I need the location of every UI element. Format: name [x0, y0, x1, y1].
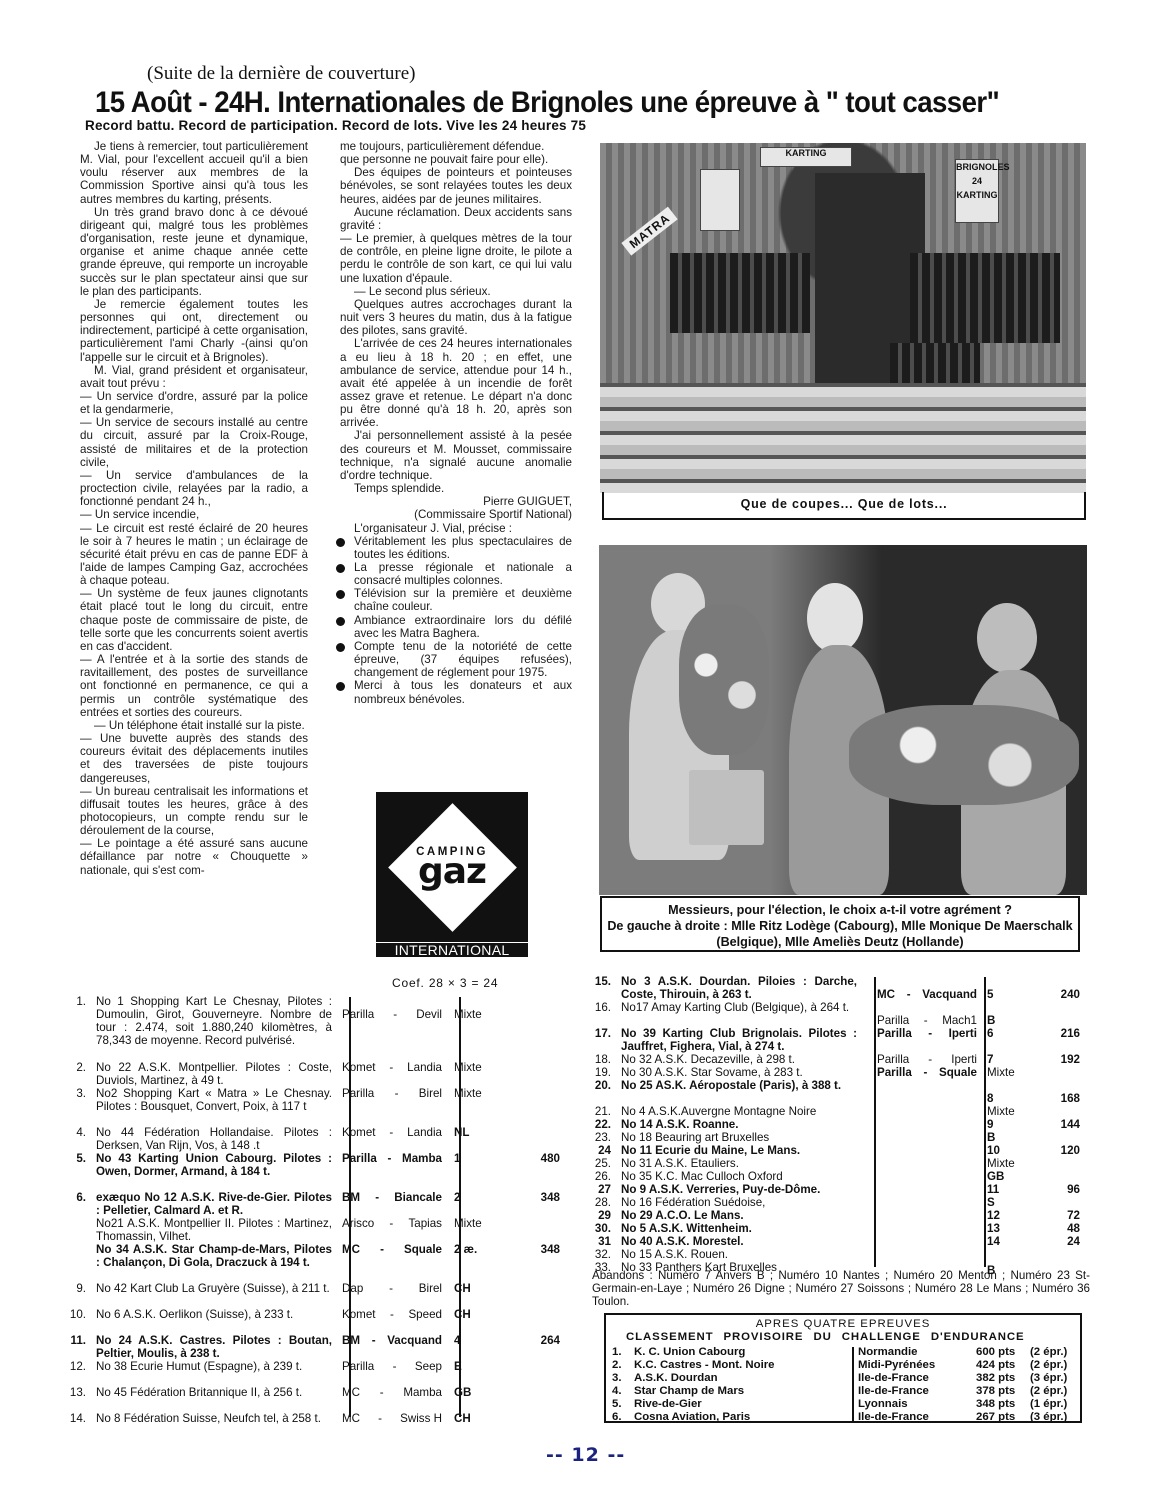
paragraph: Quelques autres accrochages durant la nu…	[340, 298, 572, 337]
rank: 14.	[60, 1412, 86, 1425]
make: Parilla-Seep	[342, 1360, 442, 1373]
rank: 18.	[585, 1053, 611, 1066]
dash: -	[924, 1014, 928, 1027]
paragraph: Je tiens à remercier, tout particulièrem…	[80, 140, 308, 206]
team-description: No 16 Fédération Suédoise,	[621, 1196, 857, 1209]
events: (2 épr.)	[1030, 1385, 1067, 1398]
rank: 9.	[60, 1282, 86, 1295]
category: CH	[454, 1412, 504, 1425]
rank: 20.	[585, 1079, 611, 1092]
team-description: No 32 A.S.K. Decazeville, à 298 t.	[621, 1053, 857, 1066]
dash: -	[389, 1126, 393, 1139]
make: Dap-Birel	[342, 1282, 442, 1295]
club: Rive-de-Gier	[634, 1398, 702, 1411]
abandons-note: Abandons : Numéro 7 Anvers B ; Numéro 10…	[592, 1269, 1090, 1308]
category: GB	[987, 1170, 1037, 1183]
category: 4	[454, 1334, 504, 1347]
make: Parilla-Mach1	[877, 1014, 977, 1027]
dash: -	[928, 1053, 932, 1066]
rank: 22.	[585, 1118, 611, 1131]
election-photo	[599, 545, 1087, 895]
paragraph: Des équipes de pointeurs et pointeuses b…	[340, 166, 572, 205]
paragraph: — A l'entrée et à la sortie des stands d…	[80, 653, 308, 719]
chassis: Komet	[342, 1308, 376, 1321]
category: Mixte	[454, 1008, 504, 1021]
team-description: No 45 Fédération Britannique II, à 256 t…	[96, 1386, 332, 1399]
paragraph: — Un service incendie,	[80, 508, 308, 521]
paragraph: J'ai personnellement assisté à la pesée …	[340, 429, 572, 482]
category: S	[987, 1196, 1037, 1209]
rank: 31	[585, 1235, 611, 1248]
events: (3 épr.)	[1030, 1372, 1067, 1385]
points: 168	[1040, 1092, 1080, 1105]
points: 480	[520, 1152, 560, 1165]
chassis: MC	[342, 1386, 360, 1399]
rank: 6.	[60, 1191, 86, 1204]
column-divider	[459, 997, 461, 1417]
dash: -	[393, 1360, 397, 1373]
category: Mixte	[987, 1157, 1037, 1170]
logo-gaz-text: gaz	[400, 854, 504, 890]
chassis: Parilla	[342, 1152, 377, 1165]
logo-square: CAMPING gaz	[376, 792, 528, 942]
make: Parilla-Squale	[877, 1066, 977, 1079]
rank: 15.	[585, 975, 611, 988]
engine: Birel	[419, 1087, 442, 1100]
paragraph: Un très grand bravo donc à ce dévoué dir…	[80, 206, 308, 298]
team-description: No 3 A.S.K. Dourdan. Piloies : Darche, C…	[621, 975, 857, 1001]
category: 2 æ.	[454, 1243, 504, 1256]
karting-poster: KARTING	[760, 147, 852, 167]
category: Mixte	[454, 1061, 504, 1074]
engine: Landia	[407, 1061, 442, 1074]
category: B	[987, 1131, 1037, 1144]
rank: 24	[585, 1144, 611, 1157]
rank: 26.	[585, 1170, 611, 1183]
dash: -	[380, 1386, 384, 1399]
bouquet	[679, 605, 769, 755]
challenge-standings-box: APRES QUATRE EPREUVES CLASSEMENT PROVISO…	[604, 1313, 1082, 1423]
make: Parilla-Mamba	[342, 1152, 442, 1165]
dash: -	[389, 1061, 393, 1074]
team-description: No 22 A.S.K. Montpellier. Pilotes : Cost…	[96, 1061, 332, 1087]
team-description: exæquo No 12 A.S.K. Rive-de-Gier. Pilote…	[96, 1191, 332, 1217]
team-description: No 40 A.S.K. Morestel.	[621, 1235, 857, 1248]
subheadline: Record battu. Record de participation. R…	[85, 118, 586, 133]
engine: Swiss H	[400, 1412, 442, 1425]
category: Mixte	[987, 1066, 1037, 1079]
points: 24	[1040, 1235, 1080, 1248]
dash: -	[378, 1412, 382, 1425]
dash: -	[389, 1282, 393, 1295]
points: 267 pts	[976, 1411, 1015, 1424]
signature: Pierre GUIGUET,	[340, 495, 572, 508]
category: 13	[987, 1222, 1037, 1235]
column-divider	[874, 977, 876, 1267]
team-description: No 31 A.S.K. Etauliers.	[621, 1157, 857, 1170]
rank: 3.	[60, 1087, 86, 1100]
chassis: MC	[877, 988, 895, 1001]
trophy-cups-left	[670, 253, 810, 333]
brignoles-poster: BRIGNOLES 24 KARTING	[955, 159, 999, 223]
dash: -	[372, 1334, 376, 1347]
team-description: No 1 Shopping Kart Le Chesnay, Pilotes :…	[96, 995, 332, 1047]
paragraph: Je remercie également toutes les personn…	[80, 298, 308, 364]
make: Parilla-Iperti	[877, 1027, 977, 1040]
category: Mixte	[987, 1105, 1037, 1118]
dash: -	[389, 1217, 393, 1230]
points: 48	[1040, 1222, 1080, 1235]
region: Lyonnais	[858, 1398, 908, 1411]
signature-title: (Commissaire Sportif National)	[340, 508, 572, 521]
rank: 10.	[60, 1308, 86, 1321]
rank: 27	[585, 1183, 611, 1196]
chassis: MC	[342, 1412, 360, 1425]
paragraph: — Un système de feux jaunes clignotants …	[80, 587, 308, 653]
rank: 12.	[60, 1360, 86, 1373]
points: 264	[520, 1334, 560, 1347]
make: Parilla-Iperti	[877, 1053, 977, 1066]
category: 1	[454, 1152, 504, 1165]
team-description: No 18 Beauring art Bruxelles	[621, 1131, 857, 1144]
paragraph: M. Vial, grand président et organisateur…	[80, 364, 308, 390]
prize-boxes	[600, 383, 1086, 493]
paragraph: L'arrivée de ces 24 heures international…	[340, 337, 572, 429]
challenge-title: APRES QUATRE EPREUVES	[606, 1318, 1080, 1331]
paragraph: que personne ne pouvait faire pour elle)…	[340, 153, 572, 166]
paragraph: — Un service d'ambulances de la proctect…	[80, 469, 308, 508]
points: 348	[520, 1243, 560, 1256]
make: MC-Squale	[342, 1243, 442, 1256]
category: 8	[987, 1092, 1037, 1105]
team-description: No 15 A.S.K. Rouen.	[621, 1248, 857, 1261]
rank: 23.	[585, 1131, 611, 1144]
make: Komet-Landia	[342, 1126, 442, 1139]
team-description: No 43 Karting Union Cabourg. Pilotes : O…	[96, 1152, 332, 1178]
engine: Mamba	[403, 1386, 442, 1399]
category: 14	[987, 1235, 1037, 1248]
team-description: No 35 K.C. Mac Culloch Oxford	[621, 1170, 857, 1183]
article-column-2: me toujours, particulièrement défendue. …	[340, 140, 572, 706]
team-description: No 11 Ecurie du Maine, Le Mans.	[621, 1144, 857, 1157]
team-description: No 4 A.S.K.Auvergne Montagne Noire	[621, 1105, 857, 1118]
points: 424 pts	[976, 1359, 1015, 1372]
team-description: No 24 A.S.K. Castres. Pilotes : Boutan, …	[96, 1334, 332, 1360]
team-description: No 42 Kart Club La Gruyère (Suisse), à 2…	[96, 1282, 332, 1295]
make: MC-Mamba	[342, 1386, 442, 1399]
chassis: MC	[342, 1243, 360, 1256]
team-description: No 6 A.S.K. Oerlikon (Suisse), à 233 t.	[96, 1308, 332, 1321]
team-description: No17 Amay Karting Club (Belgique), à 264…	[621, 1001, 857, 1014]
column-divider	[984, 977, 986, 1267]
chassis: Parilla	[342, 1360, 374, 1373]
rank: 1.	[60, 995, 86, 1008]
events: (2 épr.)	[1030, 1359, 1067, 1372]
chassis: Dap	[342, 1282, 363, 1295]
bullet-item: Télévision sur la première et deuxième c…	[340, 587, 572, 613]
chassis: Komet	[342, 1061, 376, 1074]
category: 7	[987, 1053, 1037, 1066]
dash: -	[395, 1087, 399, 1100]
results-table-left: 1. No 1 Shopping Kart Le Chesnay, Pilote…	[60, 995, 580, 1415]
team-description: No 9 A.S.K. Verreries, Puy-de-Dôme.	[621, 1183, 857, 1196]
paragraph: — Une buvette auprès des stands des cour…	[80, 732, 308, 785]
points: 96	[1040, 1183, 1080, 1196]
team-description: No 34 A.S.K. Star Champ-de-Mars, Pilotes…	[96, 1243, 332, 1269]
region: Normandie	[858, 1346, 918, 1359]
paragraph: Aucune réclamation. Deux accidents sans …	[340, 206, 572, 232]
engine: Mach1	[942, 1014, 977, 1027]
dash: -	[923, 1066, 927, 1079]
category: GB	[454, 1386, 504, 1399]
chassis: Arisco	[342, 1217, 374, 1230]
engine: Squale	[404, 1243, 442, 1256]
paragraph: — Le second plus sérieux.	[340, 285, 572, 298]
make: BM-Vacquand	[342, 1334, 442, 1347]
engine: Vacquand	[922, 988, 977, 1001]
make: Komet-Landia	[342, 1061, 442, 1074]
engine: Iperti	[949, 1027, 977, 1040]
category: Mixte	[454, 1217, 504, 1230]
rank: 4.	[60, 1126, 86, 1139]
paragraph: — Le premier, à quelques mètres de la to…	[340, 232, 572, 285]
matra-banner: MATRA	[621, 206, 678, 255]
dash: -	[390, 1308, 394, 1321]
rank: 3.	[612, 1372, 622, 1385]
points: 144	[1040, 1118, 1080, 1131]
points: 600 pts	[976, 1346, 1015, 1359]
make: MC-Vacquand	[877, 988, 977, 1001]
rank: 25.	[585, 1157, 611, 1170]
points: 240	[1040, 988, 1080, 1001]
event-poster	[700, 169, 740, 231]
paragraph: — Un service d'ordre, assuré par la poli…	[80, 390, 308, 416]
engine: Biancale	[394, 1191, 442, 1204]
club: A.S.K. Dourdan	[634, 1372, 718, 1385]
paragraph: — Un téléphone était installé sur la pis…	[80, 719, 308, 732]
results-table-right: 15. No 3 A.S.K. Dourdan. Piloies : Darch…	[585, 975, 1095, 1275]
team-description: No 8 Fédération Suisse, Neufch tel, à 25…	[96, 1412, 332, 1425]
club: K.C. Castres - Mont. Noire	[634, 1359, 775, 1372]
bullet-item: Véritablement les plus spectaculaires de…	[340, 535, 572, 561]
logo-international-text: INTERNATIONAL	[376, 943, 528, 957]
category: 6	[987, 1027, 1037, 1040]
column-divider	[349, 997, 351, 1417]
category: 5	[987, 988, 1037, 1001]
club: Star Champ de Mars	[634, 1385, 744, 1398]
article-column-1: Je tiens à remercier, tout particulièrem…	[80, 140, 308, 877]
team-description: No21 A.S.K. Montpellier II. Pilotes : Ma…	[96, 1217, 332, 1243]
paragraph: me toujours, particulièrement défendue.	[340, 140, 572, 153]
engine: Landia	[407, 1126, 442, 1139]
points: 348 pts	[976, 1398, 1015, 1411]
column-divider	[852, 1347, 854, 1421]
category: CH	[454, 1282, 504, 1295]
team-description: No 30 A.S.K. Star Sovame, à 283 t.	[621, 1066, 857, 1079]
challenge-subtitle: CLASSEMENT PROVISOIRE DU CHALLENGE D'END…	[626, 1331, 1024, 1344]
chassis: Parilla	[877, 1066, 912, 1079]
category: 11	[987, 1183, 1037, 1196]
continuation-note: (Suite de la dernière de couverture)	[147, 63, 416, 85]
rank: 16.	[585, 1001, 611, 1014]
chassis: BM	[342, 1191, 360, 1204]
coefficient-note: Coef. 28 × 3 = 24	[392, 976, 498, 990]
chassis: Komet	[342, 1126, 376, 1139]
engine: Mamba	[402, 1152, 442, 1165]
engine: Seep	[415, 1360, 442, 1373]
dash: -	[393, 1008, 397, 1021]
points: 72	[1040, 1209, 1080, 1222]
category: 12	[987, 1209, 1037, 1222]
engine: Squale	[939, 1066, 977, 1079]
person-head	[807, 583, 863, 653]
rank: 13.	[60, 1386, 86, 1399]
headline: 15 Août - 24H. Internationales de Brigno…	[95, 86, 999, 120]
camping-gaz-ad: CAMPING gaz INTERNATIONAL	[376, 792, 528, 956]
rank: 32.	[585, 1248, 611, 1261]
bullet-item: Compte tenu de la notoriété de cette épr…	[340, 640, 572, 679]
page-number: -- 12 --	[546, 1444, 625, 1466]
trophies-photo: KARTING BRIGNOLES 24 KARTING MATRA	[600, 143, 1086, 493]
region: Ile-de-France	[858, 1411, 929, 1424]
events: (2 épr.)	[1030, 1346, 1067, 1359]
chassis: Parilla	[877, 1014, 909, 1027]
paragraph: — Le circuit est resté éclairé de 20 heu…	[80, 522, 308, 588]
chassis: Parilla	[342, 1087, 374, 1100]
trophy-cups-right	[910, 253, 1060, 343]
rank: 29	[585, 1209, 611, 1222]
chassis: Parilla	[342, 1008, 374, 1021]
points: 348	[520, 1191, 560, 1204]
engine: Devil	[416, 1008, 442, 1021]
make: MC-Swiss H	[342, 1412, 442, 1425]
rank: 11.	[60, 1334, 86, 1347]
paragraph: — Un service de secours installé au cent…	[80, 416, 308, 469]
dash: -	[380, 1243, 384, 1256]
dash: -	[375, 1191, 379, 1204]
points: 192	[1040, 1053, 1080, 1066]
category: NL	[454, 1126, 504, 1139]
team-description: No 14 A.S.K. Roanne.	[621, 1118, 857, 1131]
paragraph: — Un bureau centralisait les information…	[80, 785, 308, 838]
events: (3 épr.)	[1030, 1411, 1067, 1424]
points: 382 pts	[976, 1372, 1015, 1385]
bullet-item: Merci à tous les donateurs et aux nombre…	[340, 679, 572, 705]
team-description: No 39 Karting Club Brignolais. Pilotes :…	[621, 1027, 857, 1053]
bouquet	[849, 705, 1079, 805]
bullet-item: Ambiance extraordinaire lors du défilé a…	[340, 614, 572, 640]
make: Komet-Speed	[342, 1308, 442, 1321]
dash: -	[387, 1152, 391, 1165]
bullet-item: La presse régionale et nationale a consa…	[340, 561, 572, 587]
rank: 2.	[612, 1359, 622, 1372]
club: K. C. Union Cabourg	[634, 1346, 745, 1359]
person-head	[977, 603, 1037, 673]
points: 120	[1040, 1144, 1080, 1157]
chassis: BM	[342, 1334, 360, 1347]
team-description: No 38 Ecurie Humut (Espagne), à 239 t.	[96, 1360, 332, 1373]
team-description: No 25 AS.K. Aéropostale (Paris), à 388 t…	[621, 1079, 857, 1092]
rank: 5.	[60, 1152, 86, 1165]
gift-case	[689, 770, 764, 845]
team-description: No 5 A.S.K. Wittenheim.	[621, 1222, 857, 1235]
team-description: No2 Shopping Kart « Matra » Le Chesnay. …	[96, 1087, 332, 1113]
make: Parilla-Birel	[342, 1087, 442, 1100]
rank: 19.	[585, 1066, 611, 1079]
dash: -	[928, 1027, 932, 1040]
make: Parilla-Devil	[342, 1008, 442, 1021]
club: Cosna Aviation, Paris	[634, 1411, 750, 1424]
category: Mixte	[454, 1087, 504, 1100]
events: (1 épr.)	[1030, 1398, 1067, 1411]
trophies-caption: Que de coupes... Que de lots...	[602, 492, 1086, 520]
team-description: No 29 A.C.O. Le Mans.	[621, 1209, 857, 1222]
region: Ile-de-France	[858, 1372, 929, 1385]
make: Arisco-Tapias	[342, 1217, 442, 1230]
engine: Tapias	[408, 1217, 442, 1230]
caption-line: De gauche à droite : Mlle Ritz Lodège (C…	[602, 918, 1078, 950]
category: 2	[454, 1191, 504, 1204]
category: 9	[987, 1118, 1037, 1131]
caption-line: Messieurs, pour l'élection, le choix a-t…	[602, 902, 1078, 918]
make: BM-Biancale	[342, 1191, 442, 1204]
category: B	[987, 1014, 1037, 1027]
rank: 4.	[612, 1385, 622, 1398]
rank: 5.	[612, 1398, 622, 1411]
engine: Birel	[419, 1282, 442, 1295]
engine: Iperti	[951, 1053, 977, 1066]
region: Midi-Pyrénées	[858, 1359, 935, 1372]
organiser-intro: L'organisateur J. Vial, précise :	[340, 522, 572, 535]
dash: -	[907, 988, 911, 1001]
chassis: Parilla	[877, 1027, 912, 1040]
election-caption: Messieurs, pour l'élection, le choix a-t…	[600, 896, 1080, 952]
region: Ile-de-France	[858, 1385, 929, 1398]
category: CH	[454, 1308, 504, 1321]
rank: 28.	[585, 1196, 611, 1209]
rank: 17.	[585, 1027, 611, 1040]
team-description: No 44 Fédération Hollandaise. Pilotes : …	[96, 1126, 332, 1152]
rank: 21.	[585, 1105, 611, 1118]
rank: 6.	[612, 1411, 622, 1424]
rank: 1.	[612, 1346, 622, 1359]
chassis: Parilla	[877, 1053, 909, 1066]
category: 10	[987, 1144, 1037, 1157]
engine: Speed	[408, 1308, 442, 1321]
category: E	[454, 1360, 504, 1373]
rank: 2.	[60, 1061, 86, 1074]
paragraph: — Le pointage a été assuré sans aucune d…	[80, 837, 308, 876]
paragraph: Temps splendide.	[340, 482, 572, 495]
engine: Vacquand	[387, 1334, 442, 1347]
rank: 30.	[585, 1222, 611, 1235]
points: 378 pts	[976, 1385, 1015, 1398]
points: 216	[1040, 1027, 1080, 1040]
